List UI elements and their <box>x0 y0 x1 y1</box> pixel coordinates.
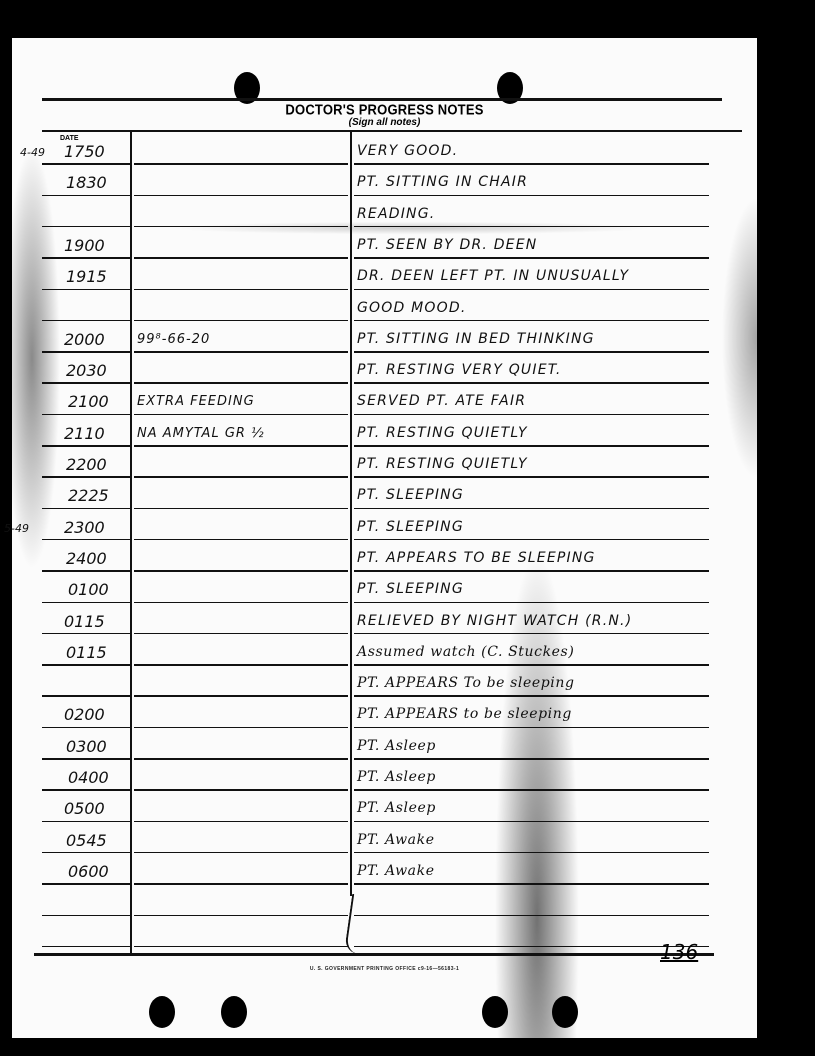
row-rule <box>42 257 130 259</box>
entry-time: 0300 <box>66 737 107 756</box>
entry-time: 0500 <box>64 799 105 818</box>
entry-orders: 99⁸-66-20 <box>137 332 210 347</box>
row-rule <box>42 445 130 447</box>
row-rule <box>134 695 348 697</box>
row-rule <box>354 445 709 447</box>
row-rule <box>42 508 130 510</box>
row-rule <box>354 508 709 510</box>
entry-note: PT. Awake <box>357 832 435 848</box>
entry-note: PT. Awake <box>357 863 435 879</box>
entry-note: PT. SITTING IN BED THINKING <box>357 331 595 347</box>
footer-rule <box>34 953 714 956</box>
form-subtitle: (Sign all notes) <box>12 117 757 128</box>
row-rule <box>134 257 348 259</box>
entry-note: PT. SEEN BY DR. DEEN <box>357 237 537 253</box>
row-rule <box>354 320 709 322</box>
entry-orders: EXTRA FEEDING <box>137 394 255 409</box>
row-rule <box>354 570 709 572</box>
punch-hole <box>149 996 175 1028</box>
row-rule <box>354 852 709 854</box>
entry-note: PT. SLEEPING <box>357 487 464 503</box>
row-rule <box>134 570 348 572</box>
entry-note: PT. Asleep <box>357 738 436 754</box>
entry-note: DR. DEEN LEFT PT. IN UNUSUALLY <box>357 268 629 284</box>
row-rule <box>42 727 130 729</box>
row-rule <box>134 852 348 854</box>
entry-time: 0545 <box>66 831 107 850</box>
row-rule <box>134 915 348 917</box>
row-rule <box>134 821 348 823</box>
entry-note: PT. RESTING VERY QUIET. <box>357 362 561 378</box>
row-rule <box>42 789 130 791</box>
entry-orders: NA AMYTAL GR ½ <box>137 426 265 441</box>
row-rule <box>42 382 130 384</box>
row-rule <box>134 351 348 353</box>
row-rule <box>354 289 709 291</box>
row-rule <box>354 476 709 478</box>
entry-note: PT. Asleep <box>357 769 436 785</box>
entry-note: PT. Asleep <box>357 800 436 816</box>
row-rule <box>42 570 130 572</box>
row-rule <box>134 163 348 165</box>
row-rule <box>42 163 130 165</box>
margin-date-mark: 4-49 <box>20 146 45 159</box>
row-rule <box>134 382 348 384</box>
row-rule <box>134 226 348 228</box>
entry-note: SERVED PT. ATE FAIR <box>357 393 526 409</box>
printing-office-footer: U. S. GOVERNMENT PRINTING OFFICE c9-16—5… <box>12 966 757 972</box>
entry-note: PT. APPEARS to be sleeping <box>357 706 572 722</box>
row-rule <box>42 320 130 322</box>
row-rule <box>42 351 130 353</box>
entry-time: 1915 <box>66 267 107 286</box>
punch-hole <box>221 996 247 1028</box>
entry-time: 2100 <box>68 392 109 411</box>
entry-time: 2200 <box>66 455 107 474</box>
row-rule <box>354 226 709 228</box>
row-rule <box>134 289 348 291</box>
row-rule <box>134 476 348 478</box>
row-rule <box>354 602 709 604</box>
entry-note: PT. APPEARS TO BE SLEEPING <box>357 550 596 566</box>
orders-column-divider <box>350 131 352 896</box>
entry-time: 1750 <box>64 142 105 161</box>
entry-note: PT. SLEEPING <box>357 519 464 535</box>
row-rule <box>354 163 709 165</box>
row-rule <box>42 758 130 760</box>
form-title: DOCTOR'S PROGRESS NOTES <box>12 101 757 118</box>
row-rule <box>42 664 130 666</box>
row-rule <box>354 821 709 823</box>
row-rule <box>42 946 130 948</box>
row-rule <box>354 789 709 791</box>
row-rule <box>354 195 709 197</box>
row-rule <box>42 633 130 635</box>
row-rule <box>134 883 348 885</box>
row-rule <box>354 351 709 353</box>
row-rule <box>42 476 130 478</box>
entry-time: 2225 <box>68 486 109 505</box>
entry-note: PT. APPEARS To be sleeping <box>357 675 575 691</box>
entry-time: 0600 <box>68 862 109 881</box>
row-rule <box>134 195 348 197</box>
entry-time: 0115 <box>64 612 105 631</box>
entry-time: 2300 <box>64 518 105 537</box>
entry-note: PT. SLEEPING <box>357 581 464 597</box>
row-rule <box>354 382 709 384</box>
entry-time: 1830 <box>66 173 107 192</box>
row-rule <box>134 320 348 322</box>
entry-note: PT. RESTING QUIETLY <box>357 425 528 441</box>
entry-time: 0100 <box>68 580 109 599</box>
entry-time: 0200 <box>64 705 105 724</box>
entry-note: PT. RESTING QUIETLY <box>357 456 528 472</box>
row-rule <box>354 257 709 259</box>
date-column-header: DATE <box>60 135 79 142</box>
row-rule <box>134 664 348 666</box>
row-rule <box>42 414 130 416</box>
header-bottom-rule <box>42 130 742 132</box>
row-rule <box>134 727 348 729</box>
row-rule <box>134 758 348 760</box>
row-rule <box>42 852 130 854</box>
entry-note: RELIEVED BY NIGHT WATCH (R.N.) <box>357 613 632 629</box>
date-column-divider <box>130 131 132 953</box>
row-rule <box>354 695 709 697</box>
row-rule <box>354 727 709 729</box>
entry-time: 0400 <box>68 768 109 787</box>
row-rule <box>354 758 709 760</box>
row-rule <box>134 414 348 416</box>
entry-time: 2000 <box>64 330 105 349</box>
punch-hole <box>482 996 508 1028</box>
punch-hole <box>552 996 578 1028</box>
row-rule <box>42 539 130 541</box>
entry-note: READING. <box>357 206 435 222</box>
row-rule <box>134 539 348 541</box>
row-rule <box>134 508 348 510</box>
entry-note: GOOD MOOD. <box>357 300 466 316</box>
row-rule <box>134 789 348 791</box>
entry-note: PT. SITTING IN CHAIR <box>357 174 528 190</box>
margin-date-mark: 5-49 <box>4 522 29 535</box>
entry-time: 2030 <box>66 361 107 380</box>
row-rule <box>354 883 709 885</box>
entry-note: Assumed watch (C. Stuckes) <box>357 644 574 660</box>
row-rule <box>42 821 130 823</box>
row-rule <box>354 414 709 416</box>
entry-note: VERY GOOD. <box>357 143 458 159</box>
row-rule <box>42 915 130 917</box>
entry-time: 2110 <box>64 424 105 443</box>
row-rule <box>42 195 130 197</box>
entry-time: 2400 <box>66 549 107 568</box>
row-rule <box>42 602 130 604</box>
page-number: 136 <box>660 940 698 964</box>
row-rule <box>354 633 709 635</box>
row-rule <box>42 289 130 291</box>
row-rule <box>134 445 348 447</box>
progress-notes-sheet: DOCTOR'S PROGRESS NOTES (Sign all notes)… <box>12 38 757 1038</box>
row-rule <box>134 633 348 635</box>
row-rule <box>42 883 130 885</box>
row-rule <box>42 226 130 228</box>
row-rule <box>354 539 709 541</box>
entry-time: 0115 <box>66 643 107 662</box>
row-rule <box>354 915 709 917</box>
row-rule <box>134 946 348 948</box>
row-rule <box>134 602 348 604</box>
row-rule <box>42 695 130 697</box>
row-rule <box>354 664 709 666</box>
row-rule <box>354 946 709 948</box>
entry-time: 1900 <box>64 236 105 255</box>
